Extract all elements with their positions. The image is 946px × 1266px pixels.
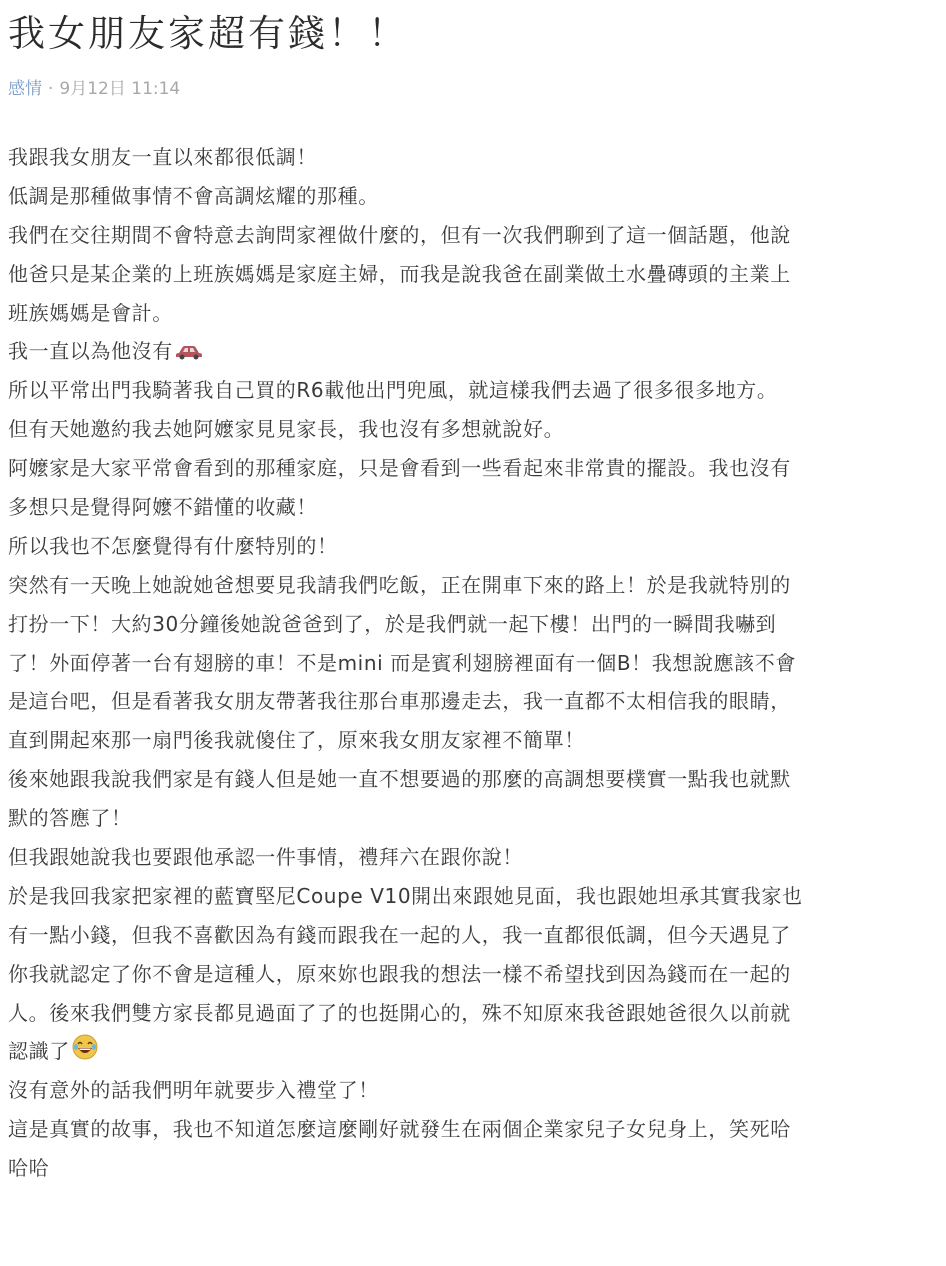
- body-line-text: 但我跟她說我也要跟他承認一件事情，禮拜六在跟你說！: [8, 845, 523, 869]
- category-link[interactable]: 感情: [8, 79, 42, 99]
- body-line: 有一點小錢，但我不喜歡因為有錢而跟我在一起的人，我一直都很低調，但今天遇見了: [8, 916, 943, 955]
- body-line: 他爸只是某企業的上班族媽媽是家庭主婦，而我是說我爸在副業做土水疊磚頭的主業上: [8, 255, 943, 294]
- body-line: 你我就認定了你不會是這種人，原來妳也跟我的想法一樣不希望找到因為錢而在一起的: [8, 955, 943, 994]
- body-line-text: 多想只是覺得阿嬤不錯懂的收藏！: [8, 495, 317, 519]
- meta-separator: ·: [48, 79, 53, 99]
- body-line: 後來她跟我說我們家是有錢人但是她一直不想要過的那麼的高調想要樸實一點我也就默: [8, 760, 943, 799]
- body-line-text: 於是我回我家把家裡的藍寶堅尼Coupe V10開出來跟她見面，我也跟她坦承其實我…: [8, 884, 803, 908]
- body-line-text: 後來她跟我說我們家是有錢人但是她一直不想要過的那麼的高調想要樸實一點我也就默: [8, 767, 791, 791]
- body-line-text: 是這台吧，但是看著我女朋友帶著我往那台車那邊走去，我一直都不太相信我的眼睛，: [8, 689, 791, 713]
- body-line: 是這台吧，但是看著我女朋友帶著我往那台車那邊走去，我一直都不太相信我的眼睛，: [8, 682, 943, 721]
- body-line-text: 我一直以為他沒有: [8, 339, 173, 363]
- body-line: 了！外面停著一台有翅膀的車！不是mini 而是賓利翅膀裡面有一個B！我想說應該不…: [8, 644, 943, 683]
- body-line-text: 我們在交往期間不會特意去詢問家裡做什麼的，但有一次我們聊到了這一個話題，他說: [8, 223, 791, 247]
- body-line-text: 我跟我女朋友一直以來都很低調！: [8, 145, 317, 169]
- body-line-text: 人。後來我們雙方家長都見過面了了的也挺開心的，殊不知原來我爸跟她爸很久以前就: [8, 1001, 791, 1025]
- body-line-text: 所以我也不怎麼覺得有什麼特別的！: [8, 534, 338, 558]
- car-icon: [175, 334, 203, 373]
- post-title: 我女朋友家超有錢！！: [8, 8, 408, 60]
- body-line: 直到開起來那一扇門後我就傻住了，原來我女朋友家裡不簡單！: [8, 721, 943, 760]
- body-line-text: 哈哈: [8, 1156, 49, 1180]
- body-line: 但我跟她說我也要跟他承認一件事情，禮拜六在跟你說！: [8, 838, 943, 877]
- body-line: 低調是那種做事情不會高調炫耀的那種。: [8, 177, 943, 216]
- body-line: 我跟我女朋友一直以來都很低調！: [8, 138, 943, 177]
- body-line: 所以平常出門我騎著我自己買的R6載他出門兜風，就這樣我們去過了很多很多地方。: [8, 371, 943, 410]
- body-line-text: 突然有一天晚上她說她爸想要見我請我們吃飯，正在開車下來的路上！於是我就特別的: [8, 573, 791, 597]
- post-meta: 感情·9月12日 11:14: [8, 77, 180, 101]
- body-line-text: 沒有意外的話我們明年就要步入禮堂了！: [8, 1078, 379, 1102]
- body-line: 於是我回我家把家裡的藍寶堅尼Coupe V10開出來跟她見面，我也跟她坦承其實我…: [8, 877, 943, 916]
- body-line-text: 他爸只是某企業的上班族媽媽是家庭主婦，而我是說我爸在副業做土水疊磚頭的主業上: [8, 262, 791, 286]
- laughing-face-icon: [72, 1034, 98, 1073]
- body-line-text: 認識了: [8, 1039, 70, 1063]
- body-line: 我一直以為他沒有: [8, 332, 943, 371]
- body-line: 這是真實的故事，我也不知道怎麼這麼剛好就發生在兩個企業家兒子女兒身上，笑死哈: [8, 1110, 943, 1149]
- body-line-text: 班族媽媽是會計。: [8, 301, 173, 325]
- body-line-text: 有一點小錢，但我不喜歡因為有錢而跟我在一起的人，我一直都很低調，但今天遇見了: [8, 923, 791, 947]
- body-line: 我們在交往期間不會特意去詢問家裡做什麼的，但有一次我們聊到了這一個話題，他說: [8, 216, 943, 255]
- body-line-text: 直到開起來那一扇門後我就傻住了，原來我女朋友家裡不簡單！: [8, 728, 585, 752]
- body-line: 但有天她邀約我去她阿嬤家見見家長，我也沒有多想就說好。: [8, 410, 943, 449]
- body-line-text: 打扮一下！大約30分鐘後她說爸爸到了，於是我們就一起下樓！出門的一瞬間我嚇到: [8, 612, 776, 636]
- body-line-text: 但有天她邀約我去她阿嬤家見見家長，我也沒有多想就說好。: [8, 417, 564, 441]
- body-line-text: 這是真實的故事，我也不知道怎麼這麼剛好就發生在兩個企業家兒子女兒身上，笑死哈: [8, 1117, 791, 1141]
- body-line: 默的答應了！: [8, 799, 943, 838]
- body-line-text: 你我就認定了你不會是這種人，原來妳也跟我的想法一樣不希望找到因為錢而在一起的: [8, 962, 791, 986]
- body-line: 打扮一下！大約30分鐘後她說爸爸到了，於是我們就一起下樓！出門的一瞬間我嚇到: [8, 605, 943, 644]
- body-line: 突然有一天晚上她說她爸想要見我請我們吃飯，正在開車下來的路上！於是我就特別的: [8, 566, 943, 605]
- body-line-text: 所以平常出門我騎著我自己買的R6載他出門兜風，就這樣我們去過了很多很多地方。: [8, 378, 777, 402]
- body-line: 阿嬤家是大家平常會看到的那種家庭，只是會看到一些看起來非常貴的擺設。我也沒有: [8, 449, 943, 488]
- body-line-text: 阿嬤家是大家平常會看到的那種家庭，只是會看到一些看起來非常貴的擺設。我也沒有: [8, 456, 791, 480]
- body-line-text: 默的答應了！: [8, 806, 132, 830]
- body-line: 沒有意外的話我們明年就要步入禮堂了！: [8, 1071, 943, 1110]
- body-line: 認識了: [8, 1032, 943, 1071]
- body-line: 多想只是覺得阿嬤不錯懂的收藏！: [8, 488, 943, 527]
- body-line: 人。後來我們雙方家長都見過面了了的也挺開心的，殊不知原來我爸跟她爸很久以前就: [8, 994, 943, 1033]
- body-line-text: 低調是那種做事情不會高調炫耀的那種。: [8, 184, 379, 208]
- body-line: 班族媽媽是會計。: [8, 294, 943, 333]
- post-body: 我跟我女朋友一直以來都很低調！低調是那種做事情不會高調炫耀的那種。我們在交往期間…: [8, 138, 943, 1188]
- body-line: 哈哈: [8, 1149, 943, 1188]
- body-line-text: 了！外面停著一台有翅膀的車！不是mini 而是賓利翅膀裡面有一個B！我想說應該不…: [8, 651, 796, 675]
- body-line: 所以我也不怎麼覺得有什麼特別的！: [8, 527, 943, 566]
- post-timestamp: 9月12日 11:14: [59, 79, 180, 99]
